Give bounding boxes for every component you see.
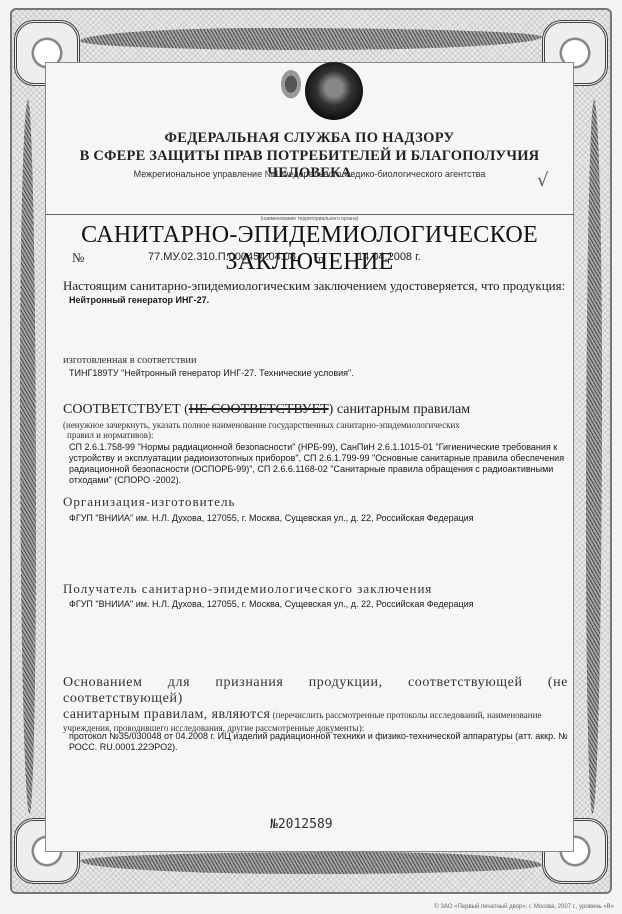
norms-list: СП 2.6.1.758-99 "Нормы радиационной безо…	[69, 442, 569, 486]
complies-label: СООТВЕТСТВУЕТ	[63, 402, 181, 417]
basis-line2: санитарным правилам, являются (перечисли…	[63, 707, 568, 723]
basis-line2-main: санитарным правилам, являются	[63, 707, 270, 722]
made-per-value: ТИНГ189ТУ "Нейтронный генератор ИНГ-27. …	[69, 368, 354, 378]
manufacturer-label: Организация-изготовитель	[63, 494, 235, 510]
agency-name-line1: ФЕДЕРАЛЬНАЯ СЛУЖБА ПО НАДЗОРУ	[45, 130, 574, 147]
complies-note-line1: (ненужное зачеркнуть, указать полное наи…	[63, 420, 460, 430]
basis-line1: Основанием для признания продукции, соот…	[63, 675, 568, 707]
sub-agency: Межрегиональное управление №1 Федерально…	[45, 169, 574, 179]
recipient-value: ФГУП "ВНИИА" им. Н.Л. Духова, 127055, г.…	[69, 599, 474, 609]
complies-note-line2: правил и нормативов):	[67, 430, 153, 440]
hologram-seal-icon	[305, 62, 363, 120]
made-per-label: изготовленная в соответствии	[63, 355, 197, 366]
checkmark-icon: √	[537, 170, 548, 191]
basis-section: Основанием для признания продукции, соот…	[63, 675, 568, 733]
certificate-number: 77.МУ.02.310.П.000454.04.08	[148, 251, 296, 263]
product-name: Нейтронный генератор ИНГ-27.	[69, 295, 209, 305]
manufacturer-value: ФГУП "ВНИИА" им. Н.Л. Духова, 127055, г.…	[69, 513, 474, 523]
divider	[45, 214, 574, 215]
form-serial-number: №2012589	[270, 817, 333, 832]
certificate-sheet: ФЕДЕРАЛЬНАЯ СЛУЖБА ПО НАДЗОРУ В СФЕРЕ ЗА…	[0, 0, 622, 914]
recipient-label: Получатель санитарно-эпидемиологического…	[63, 581, 432, 597]
basis-line2-note: (перечислить рассмотренные протоколы исс…	[270, 710, 541, 720]
compliance-line: СООТВЕТСТВУЕТ (НЕ СООТВЕТСТВУЕТ) санитар…	[63, 402, 470, 418]
certificate-date: 14.04.2008 г.	[357, 251, 421, 263]
number-label: №	[72, 250, 84, 266]
certify-intro: Настоящим санитарно-эпидемиологическим з…	[63, 278, 565, 294]
coat-of-arms-icon	[277, 68, 305, 104]
complies-tail: санитарным правилам	[337, 402, 470, 417]
protocol-reference: протокол №35/030048 от 04.2008 г. ИЦ изд…	[69, 731, 569, 753]
date-label: от	[315, 253, 325, 265]
certificate-content: ФЕДЕРАЛЬНАЯ СЛУЖБА ПО НАДЗОРУ В СФЕРЕ ЗА…	[45, 62, 574, 852]
document-title: САНИТАРНО-ЭПИДЕМИОЛОГИЧЕСКОЕ ЗАКЛЮЧЕНИЕ	[45, 222, 574, 276]
not-complies-struck: НЕ СООТВЕТСТВУЕТ	[189, 402, 329, 417]
printer-imprint: © ЗАО «Первый печатный двор», г. Москва,…	[434, 904, 614, 910]
